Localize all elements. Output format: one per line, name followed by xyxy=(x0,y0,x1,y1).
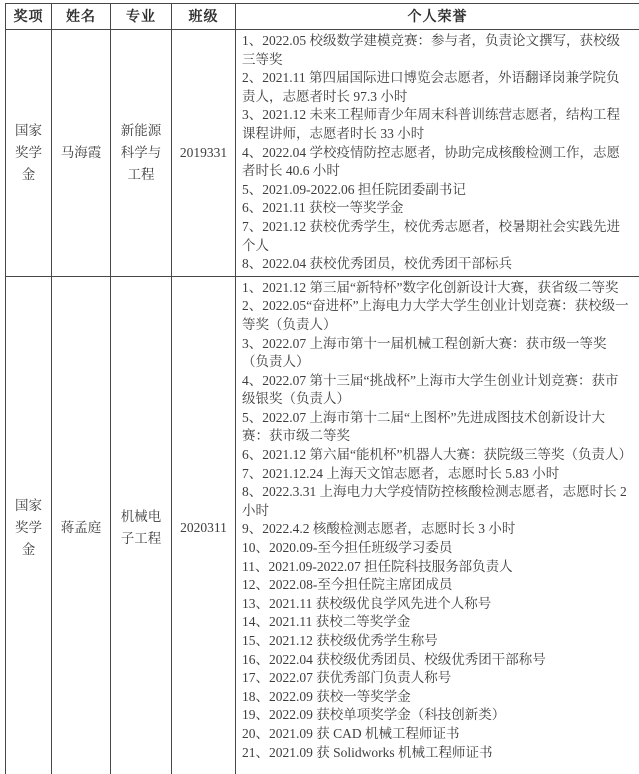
honor-item: 10、2020.09-至今担任班级学习委员 xyxy=(242,539,631,558)
column-header: 班级 xyxy=(172,4,236,30)
honor-item: 18、2022.09 获校一等奖学金 xyxy=(242,688,631,707)
class-cell: 2020311 xyxy=(172,276,236,774)
honor-item: 2、2022.05“奋进杯”上海电力大学大学生创业计划竞赛：获校级一等奖（负责人… xyxy=(242,297,631,334)
name-cell: 马海霞 xyxy=(52,30,111,277)
honor-item: 12、2022.08-至今担任院主席团成员 xyxy=(242,576,631,595)
honor-item: 20、2021.09 获 CAD 机械工程师证书 xyxy=(242,725,631,744)
honor-item: 6、2021.11 获校一等奖学金 xyxy=(242,199,631,218)
scholarship-table: 奖项姓名专业班级个人荣誉 国家奖学金马海霞新能源科学与工程20193311、20… xyxy=(5,3,639,774)
honors-cell: 1、2022.05 校级数学建模竞赛：参与者，负责论文撰写，获校级三等奖2、20… xyxy=(236,30,639,277)
honor-item: 4、2022.07 第十三届“挑战杯”上海市大学生创业计划竞赛：获市级银奖（负责… xyxy=(242,372,631,409)
major-cell: 新能源科学与工程 xyxy=(111,30,172,277)
major-cell: 机械电子工程 xyxy=(111,276,172,774)
table-row: 国家奖学金蒋孟庭机械电子工程20203111、2021.12 第三届“新特杯”数… xyxy=(6,276,639,774)
honor-item: 7、2021.12.24 上海天文馆志愿者，志愿时长 5.83 小时 xyxy=(242,465,631,484)
header-row: 奖项姓名专业班级个人荣誉 xyxy=(6,4,639,30)
honor-item: 5、2022.07 上海市第十二届“上图杯”先进成图技术创新设计大赛：获市级二等… xyxy=(242,409,631,446)
honor-item: 16、2022.04 获校级优秀团员、校级优秀团干部称号 xyxy=(242,651,631,670)
honor-item: 5、2021.09-2022.06 担任院团委副书记 xyxy=(242,181,631,200)
honor-item: 3、2022.07 上海市第十一届机械工程创新大赛：获市级一等奖（负责人） xyxy=(242,335,631,372)
award-cell: 国家奖学金 xyxy=(6,276,52,774)
table-body: 国家奖学金马海霞新能源科学与工程20193311、2022.05 校级数学建模竞… xyxy=(6,30,639,774)
honor-item: 14、2021.11 获校二等奖学金 xyxy=(242,613,631,632)
document-page: 奖项姓名专业班级个人荣誉 国家奖学金马海霞新能源科学与工程20193311、20… xyxy=(0,0,639,774)
name-cell: 蒋孟庭 xyxy=(52,276,111,774)
class-cell: 2019331 xyxy=(172,30,236,277)
honor-item: 8、2022.3.31 上海电力大学疫情防控核酸检测志愿者，志愿时长 2 小时 xyxy=(242,483,631,520)
award-cell: 国家奖学金 xyxy=(6,30,52,277)
column-header: 姓名 xyxy=(52,4,111,30)
column-header: 专业 xyxy=(111,4,172,30)
honor-item: 7、2021.12 获校优秀学生，校优秀志愿者，校暑期社会实践先进个人 xyxy=(242,218,631,255)
honor-item: 17、2022.07 获优秀部门负责人称号 xyxy=(242,669,631,688)
honor-item: 1、2022.05 校级数学建模竞赛：参与者，负责论文撰写，获校级三等奖 xyxy=(242,32,631,69)
honor-item: 15、2021.12 获校级优秀学生称号 xyxy=(242,632,631,651)
honor-item: 2、2021.11 第四届国际进口博览会志愿者，外语翻译岗兼学院负责人，志愿者时… xyxy=(242,69,631,106)
table-row: 国家奖学金马海霞新能源科学与工程20193311、2022.05 校级数学建模竞… xyxy=(6,30,639,277)
honor-item: 19、2022.09 获校单项奖学金（科技创新类） xyxy=(242,706,631,725)
honor-item: 9、2022.4.2 核酸检测志愿者，志愿时长 3 小时 xyxy=(242,520,631,539)
honor-item: 8、2022.04 获校优秀团员，校优秀团干部标兵 xyxy=(242,255,631,274)
honor-item: 13、2021.11 获校级优良学风先进个人称号 xyxy=(242,595,631,614)
honors-cell: 1、2021.12 第三届“新特杯”数字化创新设计大赛，获省级二等奖2、2022… xyxy=(236,276,639,774)
column-header: 奖项 xyxy=(6,4,52,30)
honor-item: 4、2022.04 学校疫情防控志愿者，协助完成核酸检测工作，志愿者时长 40.… xyxy=(242,144,631,181)
honor-item: 11、2021.09-2022.07 担任院科技服务部负责人 xyxy=(242,558,631,577)
honor-item: 6、2021.12 第六届“能机杯”机器人大赛：获院级三等奖（负责人） xyxy=(242,446,631,465)
honor-item: 21、2021.09 获 Solidworks 机械工程师证书 xyxy=(242,744,631,763)
column-header: 个人荣誉 xyxy=(236,4,639,30)
honor-item: 1、2021.12 第三届“新特杯”数字化创新设计大赛，获省级二等奖 xyxy=(242,279,631,298)
honor-item: 3、2021.12 未来工程师青少年周末科普训练营志愿者，结构工程课程讲师，志愿… xyxy=(242,106,631,143)
